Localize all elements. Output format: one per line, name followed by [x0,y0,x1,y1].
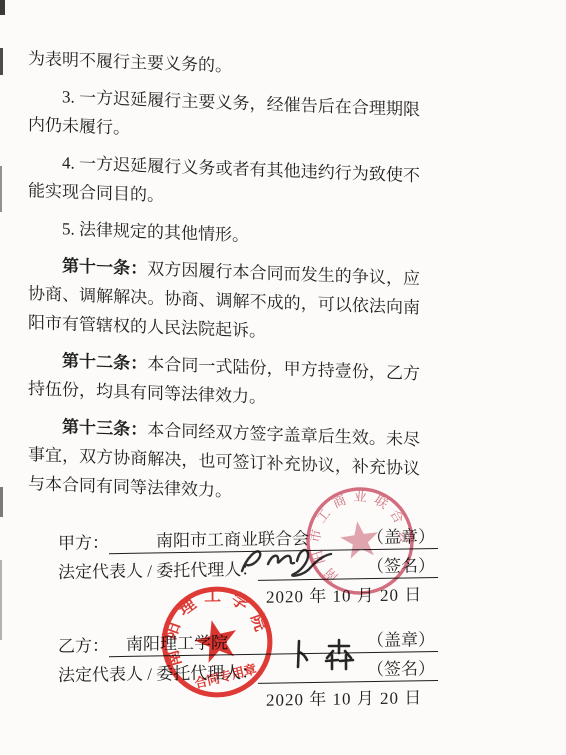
contract-paragraph: 3. 一方迟延履行主要义务，经催告后在合理期限内仍未履行。 [28,81,420,153]
party-b-date: 2020 年 10 月 20 日 [266,683,438,715]
signature-block: 甲方： 南阳市工商业联合会 （盖章） 法定代表人 / 委托代理人： （签名） 2… [58,520,438,725]
party-a-name: 南阳市工商业联合会 [156,524,309,551]
contract-paragraph: 第十一条：双方因履行本合同而发生的争议，应协商、调解解决。协商、调解不成的，可以… [28,250,420,351]
party-b-name: 南阳理工学院 [126,628,228,655]
party-a-label: 甲方： [58,528,109,555]
scan-artifact [0,487,3,517]
clause-heading: 第十一条： [62,256,147,278]
party-a-representative-label: 法定代表人 / 委托代理人： [58,555,258,584]
party-b-name-line: 南阳理工学院 （盖章） [109,625,438,657]
party-a-signature-line: （签名） [258,551,438,581]
party-b-representative-row: 法定代表人 / 委托代理人： （签名） [58,652,438,687]
contract-paragraph: 第十二条：本合同一式陆份，甲方持壹份，乙方持伍份，均具有同等法律效力。 [28,345,420,417]
paragraph-text: 5. 法律规定的其他情形。 [62,219,249,245]
party-b-sign-note: （签名） [367,654,435,680]
party-b-label: 乙方： [58,631,109,658]
clause-heading: 第十三条： [62,417,147,439]
party-b-representative-label: 法定代表人 / 委托代理人： [58,658,258,687]
party-a-representative-row: 法定代表人 / 委托代理人： （签名） [58,549,438,584]
party-b-row: 乙方： 南阳理工学院 （盖章） [58,623,438,658]
party-a-row: 甲方： 南阳市工商业联合会 （盖章） [58,520,438,555]
paragraph-text: 为表明不履行主要义务的。 [28,49,232,75]
scan-artifact [0,166,2,212]
paragraph-text: 4. 一方迟延履行义务或者有其他违约行为致使不能实现合同目的。 [28,153,420,205]
party-a-date: 2020 年 10 月 20 日 [266,580,438,612]
party-b-seal-note: （盖章） [367,625,435,651]
party-a-seal-note: （盖章） [367,522,435,548]
contract-paragraph: 为表明不履行主要义务的。 [28,44,420,87]
party-a-sign-note: （签名） [367,551,435,577]
contract-paragraph: 5. 法律规定的其他情形。 [28,213,420,256]
scan-artifact [0,48,3,75]
contract-page: 为表明不履行主要义务的。 3. 一方迟延履行主要义务，经催告后在合理期限内仍未履… [0,0,566,755]
scan-artifact [0,0,5,15]
clause-heading: 第十二条： [62,351,147,373]
contract-body: 为表明不履行主要义务的。 3. 一方迟延履行主要义务，经催告后在合理期限内仍未履… [28,44,420,520]
scan-artifact [0,560,2,640]
contract-paragraph: 第十三条：本合同经双方签字盖章后生效。未尽事宜，双方协商解决，也可签订补充协议，… [28,411,420,512]
party-a-name-line: 南阳市工商业联合会 （盖章） [109,522,438,554]
party-b-signature-line: （签名） [258,654,438,684]
contract-paragraph: 4. 一方迟延履行义务或者有其他违约行为致使不能实现合同目的。 [28,147,420,219]
paragraph-text: 3. 一方迟延履行主要义务，经催告后在合理期限内仍未履行。 [28,87,420,137]
